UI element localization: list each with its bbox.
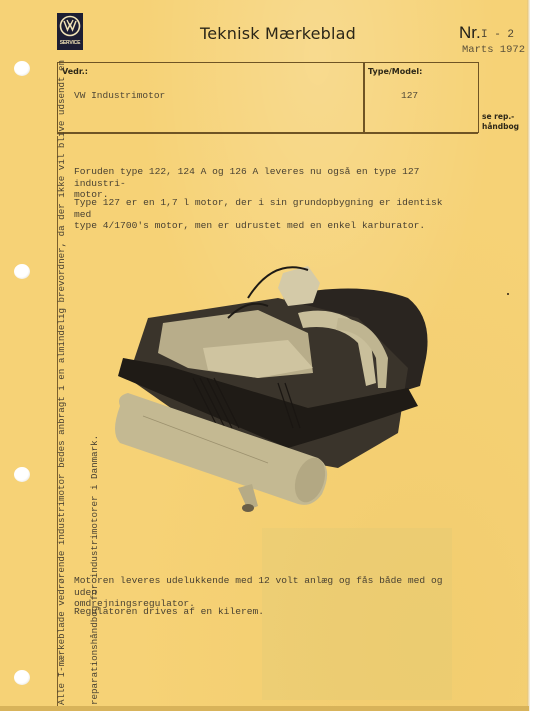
margin-note-line: Alle I-mærkeblade vedrørende industrimot… (56, 65, 67, 705)
paper-speck (507, 293, 509, 295)
vw-service-logo: SERVICE (57, 13, 83, 50)
page-title: Teknisk Mærkeblad (200, 24, 356, 43)
paragraph: Foruden type 122, 124 A og 126 A leveres… (74, 166, 464, 201)
header-divider (363, 63, 365, 133)
issue-date: Marts 1972 (462, 44, 525, 56)
page-bottom-edge (0, 706, 529, 711)
number-label: Nr. (459, 23, 481, 43)
model-label: Type/Model: (368, 67, 422, 76)
margin-note-line: reparationshåndbog for industrimotorer i… (89, 65, 100, 705)
margin-note: Alle I-mærkeblade vedrørende industrimot… (34, 65, 111, 705)
side-note-line: håndbog (482, 122, 527, 132)
header-box: Vedr.: VW Industrimotor Type/Model: 127 (57, 62, 479, 133)
paragraph: Type 127 er en 1,7 l motor, der i sin gr… (74, 197, 464, 232)
punch-hole-icon (14, 264, 30, 279)
punch-hole-icon (14, 61, 30, 76)
engine-photo (108, 258, 438, 520)
vw-logo-icon (59, 15, 81, 37)
model-value: 127 (401, 90, 418, 101)
paragraph: Motoren leveres udelukkende med 12 volt … (74, 575, 464, 610)
page-edge (527, 0, 530, 711)
header-bottom-rule (57, 132, 478, 134)
punch-hole-icon (14, 670, 30, 685)
number-value: I - 2 (481, 29, 514, 41)
side-note: se rep.- håndbog (482, 112, 527, 132)
logo-label: SERVICE (57, 40, 83, 46)
side-note-line: se rep.- (482, 112, 527, 122)
punch-hole-icon (14, 467, 30, 482)
paragraph: Regulatoren drives af en kilerem. (74, 606, 464, 618)
